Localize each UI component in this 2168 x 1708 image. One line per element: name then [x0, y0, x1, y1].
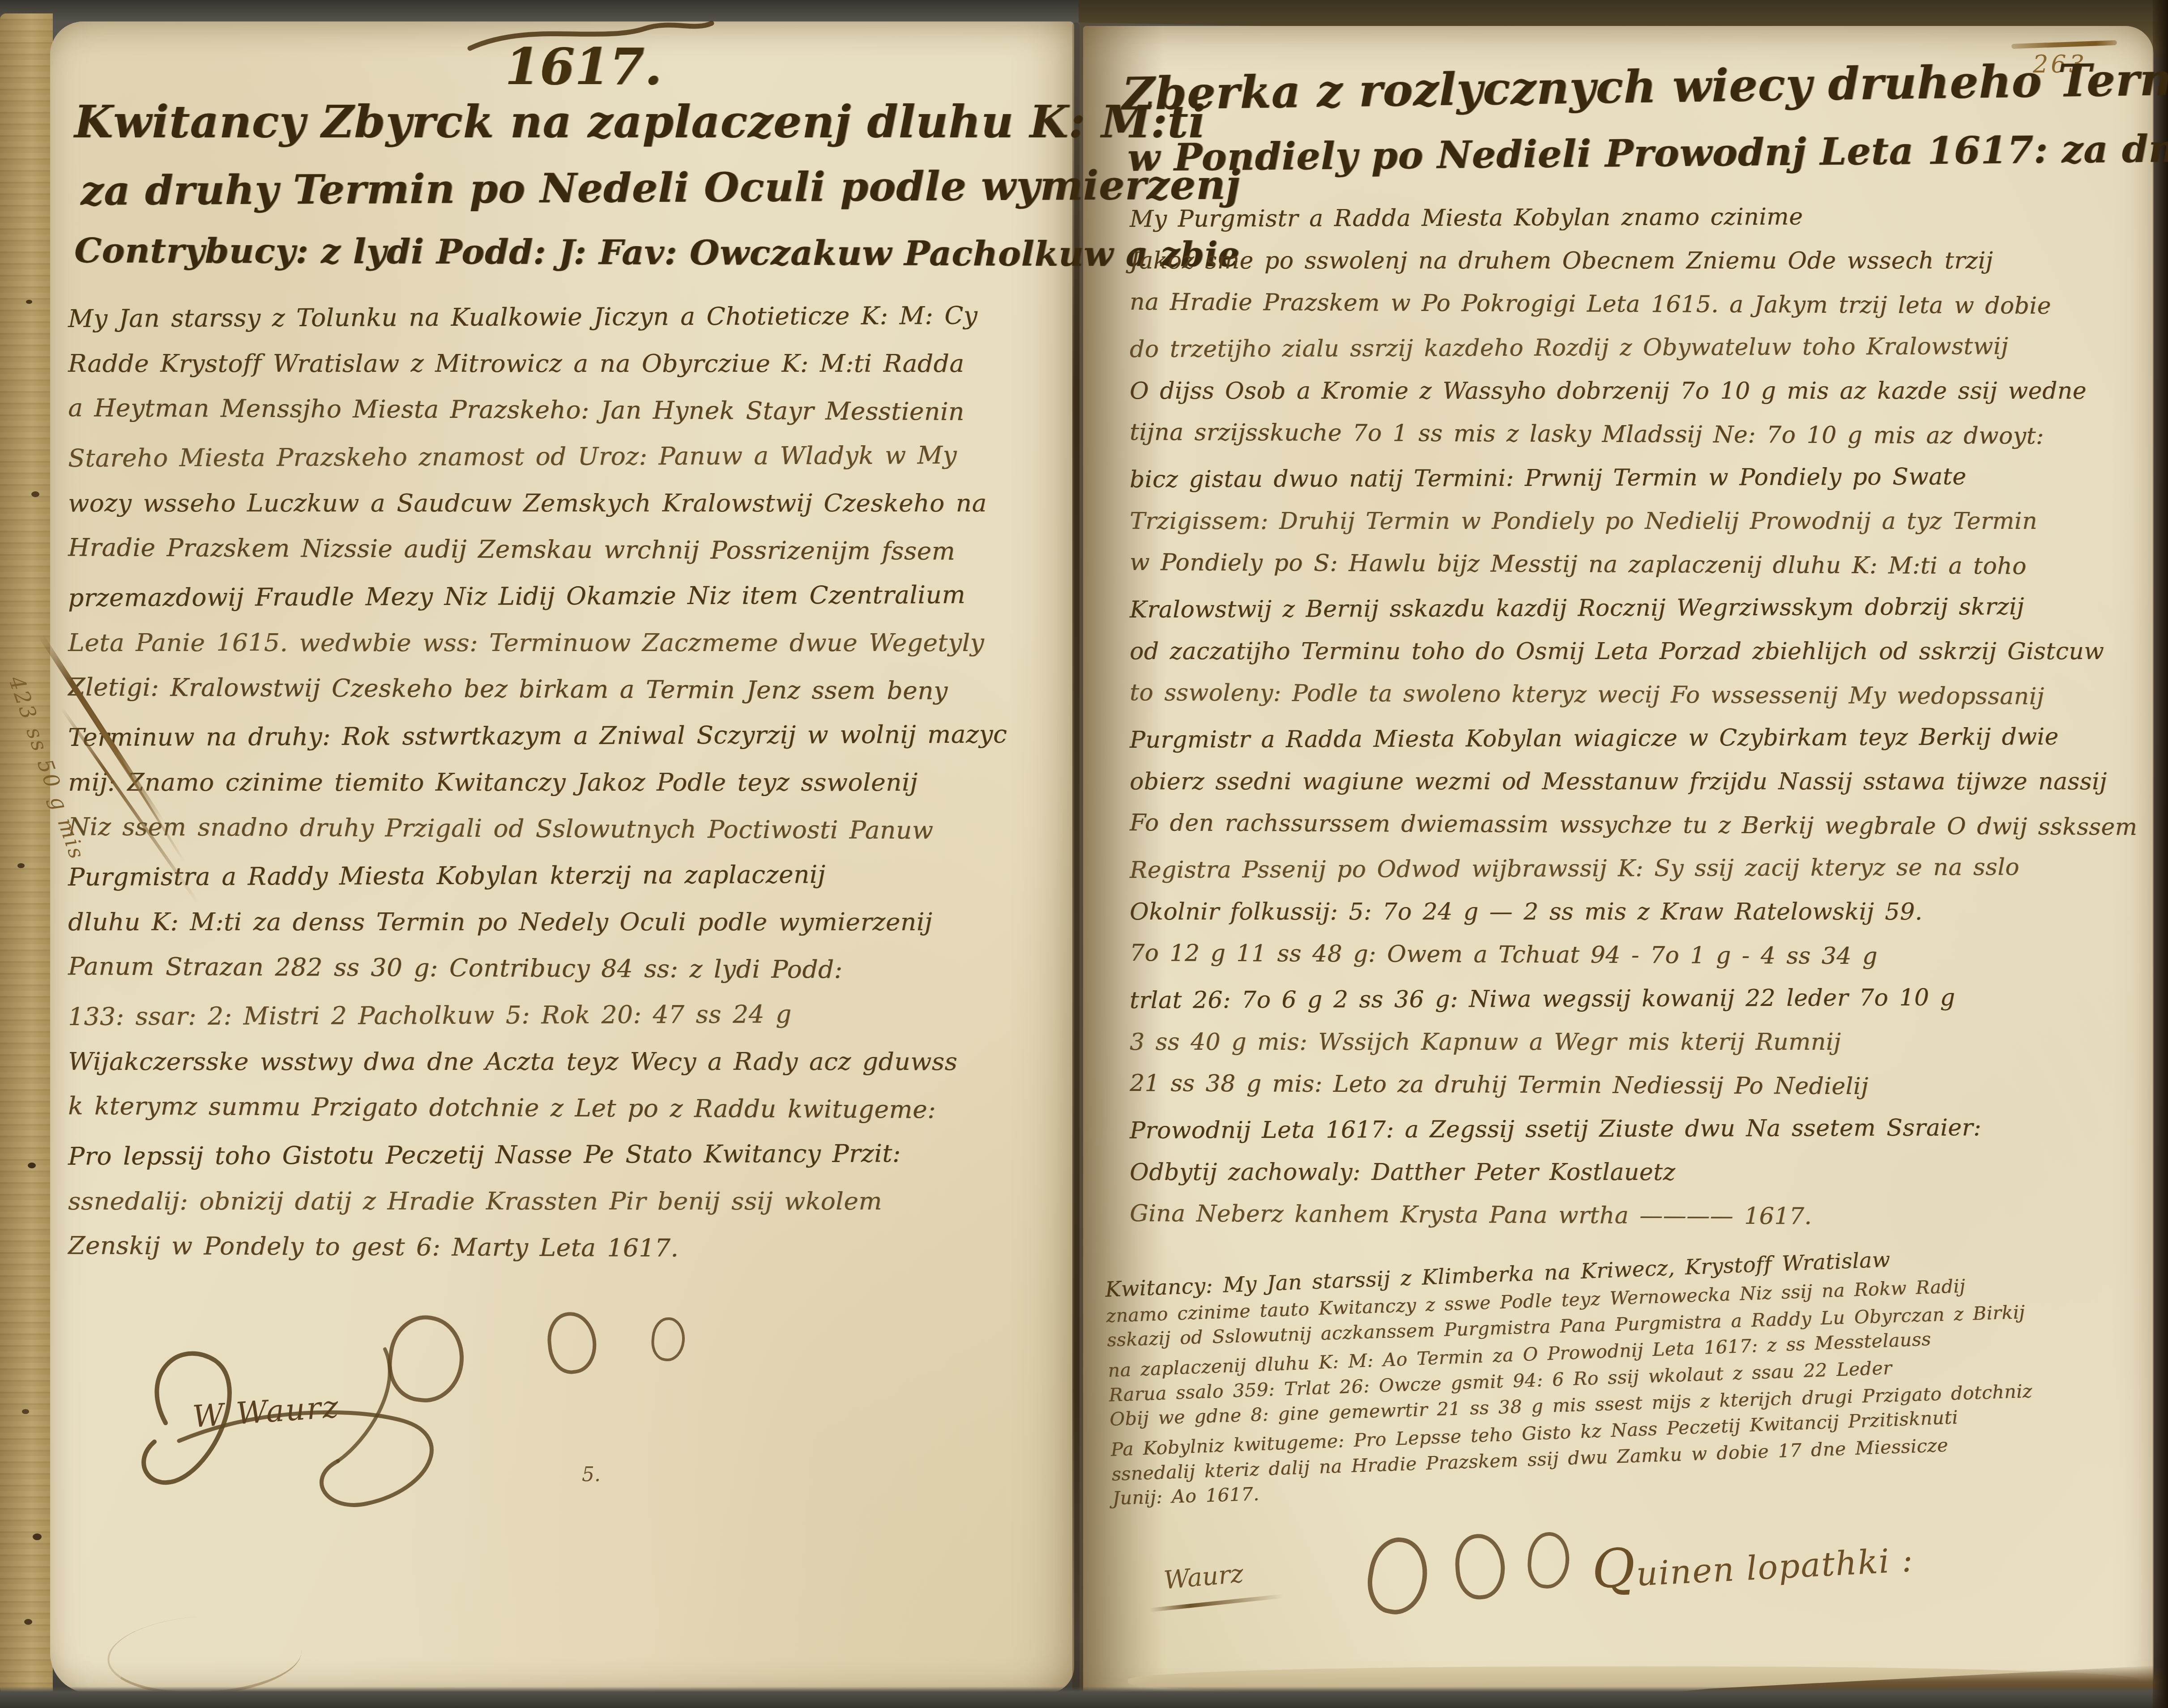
right-body-line: obierz ssedni wagiune wezmi od Messtanuw…: [1130, 760, 2146, 804]
left-heading-line: Contrybucy: z lydi Podd: J: Fav: Owczaku…: [74, 219, 1063, 285]
left-body-line: Niz ssem snadno druhy Przigali od Sslowu…: [68, 803, 1066, 854]
left-body-line: Panum Strazan 282 ss 30 g: Contribucy 84…: [68, 943, 1066, 994]
page-stack-fore-edge: [0, 13, 53, 1696]
left-body-line: mij: Znamo czinime tiemito Kwitanczy Jak…: [68, 759, 1066, 805]
right-body-line: Purgmistr a Radda Miesta Kobylan wiagicz…: [1130, 715, 2146, 762]
right-body-line: My Purgmistr a Radda Miesta Kobylan znam…: [1130, 194, 2146, 241]
left-body-line: przemazdowij Fraudle Mezy Niz Lidij Okam…: [68, 571, 1066, 621]
left-heading-line: Kwitancy Zbyrck na zaplaczenj dluhu K: M…: [74, 89, 1063, 156]
left-body-line: Terminuw na druhy: Rok sstwrtkazym a Zni…: [68, 711, 1066, 761]
water-stain: [106, 1611, 304, 1693]
left-body-line: Zletigi: Kralowstwij Czeskeho bez birkam…: [68, 664, 1066, 715]
right-body-line: Okolnir folkussij: 5: 7o 24 g — 2 ss mis…: [1130, 890, 2146, 934]
right-body-line: Registra Pssenij po Odwod wijbrawssij K:…: [1130, 845, 2146, 892]
left-body-line: a Heytman Menssjho Miesta Prazskeho: Jan…: [68, 384, 1066, 435]
right-body-line: w Pondiely po S: Hawlu bijz Messtij na z…: [1130, 541, 2146, 589]
left-body-line: Zenskij w Pondely to gest 6: Marty Leta …: [68, 1222, 1066, 1273]
right-body-text: My Purgmistr a Radda Miesta Kobylan znam…: [1130, 196, 2146, 1238]
fore-edge-specks: [26, 300, 32, 304]
right-heading-line: Zberka z rozlycznych wiecy druheho Termi…: [1122, 46, 2138, 128]
right-body-line: Jakoz sme po sswolenj na druhem Obecnem …: [1130, 239, 2146, 283]
left-heading-line: za druhy Termin po Nedeli Oculi podle wy…: [81, 153, 1064, 223]
left-body-line: Pro lepssij toho Gistotu Peczetij Nasse …: [68, 1129, 1066, 1180]
left-body-line: 133: ssar: 2: Mistri 2 Pacholkuw 5: Rok …: [68, 990, 1066, 1040]
left-body-line: k kterymz summu Przigato dotchnie z Let …: [68, 1082, 1066, 1133]
left-heading: Kwitancy Zbyrck na zaplaczenj dluhu K: M…: [74, 89, 1063, 284]
bottom-binding-edge: [0, 1687, 2168, 1708]
year-heading: 1617.: [505, 38, 662, 96]
left-body-text: My Jan starssy z Tolunku na Kualkowie Ji…: [68, 294, 1066, 1271]
right-body-line: 3 ss 40 g mis: Wssijch Kapnuw a Wegr mis…: [1130, 1021, 2146, 1064]
left-body-line: Wijakczersske wsstwy dwa dne Aczta teyz …: [68, 1038, 1066, 1085]
right-body-line: 21 ss 38 g mis: Leto za druhij Termin Ne…: [1130, 1062, 2146, 1110]
right-heading-line: w Pondiely po Nedieli Prowodnj Leta 1617…: [1127, 116, 2139, 191]
right-body-line: tijna srzijsskuche 7o 1 ss mis z lasky M…: [1130, 411, 2146, 459]
left-body-line: My Jan starssy z Tolunku na Kualkowie Ji…: [68, 292, 1066, 342]
right-body-line: 7o 12 g 11 ss 48 g: Owem a Tchuat 94 - 7…: [1130, 932, 2146, 980]
left-body-line: ssnedalij: obnizij datij z Hradie Krasst…: [68, 1178, 1066, 1224]
right-body-line: na Hradie Prazskem w Po Pokrogigi Leta 1…: [1130, 281, 2146, 328]
quire-mark: 5.: [582, 1463, 601, 1486]
left-body-line: wozy wsseho Luczkuw a Saudcuw Zemskych K…: [68, 480, 1066, 526]
left-body-line: Purgmistra a Raddy Miesta Kobylan kterzi…: [68, 850, 1066, 900]
right-body-line: do trzetijho zialu ssrzij kazdeho Rozdij…: [1130, 324, 2146, 371]
left-body-line: Hradie Prazskem Nizssie audij Zemskau wr…: [68, 524, 1066, 575]
right-body-line: Gina Neberz kanhem Krysta Pana wrtha ———…: [1130, 1192, 2146, 1240]
manuscript-scan: 1617. Kwitancy Zbyrck na zaplaczenj dluh…: [0, 0, 2168, 1708]
right-body-line: od zaczatijho Terminu toho do Osmij Leta…: [1130, 630, 2146, 673]
left-body-line: Stareho Miesta Prazskeho znamost od Uroz…: [68, 431, 1066, 481]
right-body-line: Fo den rachssurssem dwiemassim wssychze …: [1130, 801, 2146, 849]
right-body-line: trlat 26: 7o 6 g 2 ss 36 g: Niwa wegssij…: [1130, 975, 2146, 1022]
right-body-line: to sswoleny: Podle ta swoleno kteryz wec…: [1130, 671, 2146, 719]
right-body-line: Kralowstwij z Bernij sskazdu kazdij Rocz…: [1130, 585, 2146, 632]
right-heading: Zberka z rozlycznych wiecy druheho Termi…: [1122, 46, 2139, 193]
right-body-line: Trzigissem: Druhij Termin w Pondiely po …: [1130, 500, 2146, 543]
second-entry-text: Kwitancy: My Jan starssij z Klimberka na…: [1105, 1237, 2159, 1514]
right-body-line: bicz gistau dwuo natij Termini: Prwnij T…: [1130, 455, 2146, 502]
left-body-line: dluhu K: M:ti za denss Termin po Nedely …: [68, 899, 1066, 945]
right-body-line: Odbytij zachowaly: Datther Peter Kostlau…: [1130, 1151, 2146, 1194]
right-body-line: O dijss Osob a Kromie z Wassyho dobrzeni…: [1130, 370, 2146, 413]
left-body-line: Radde Krystoff Wratislaw z Mitrowicz a n…: [68, 340, 1066, 387]
left-body-line: Leta Panie 1615. wedwbie wss: Terminuow …: [68, 619, 1066, 666]
right-body-line: Prowodnij Leta 1617: a Zegssij ssetij Zi…: [1130, 1106, 2146, 1153]
